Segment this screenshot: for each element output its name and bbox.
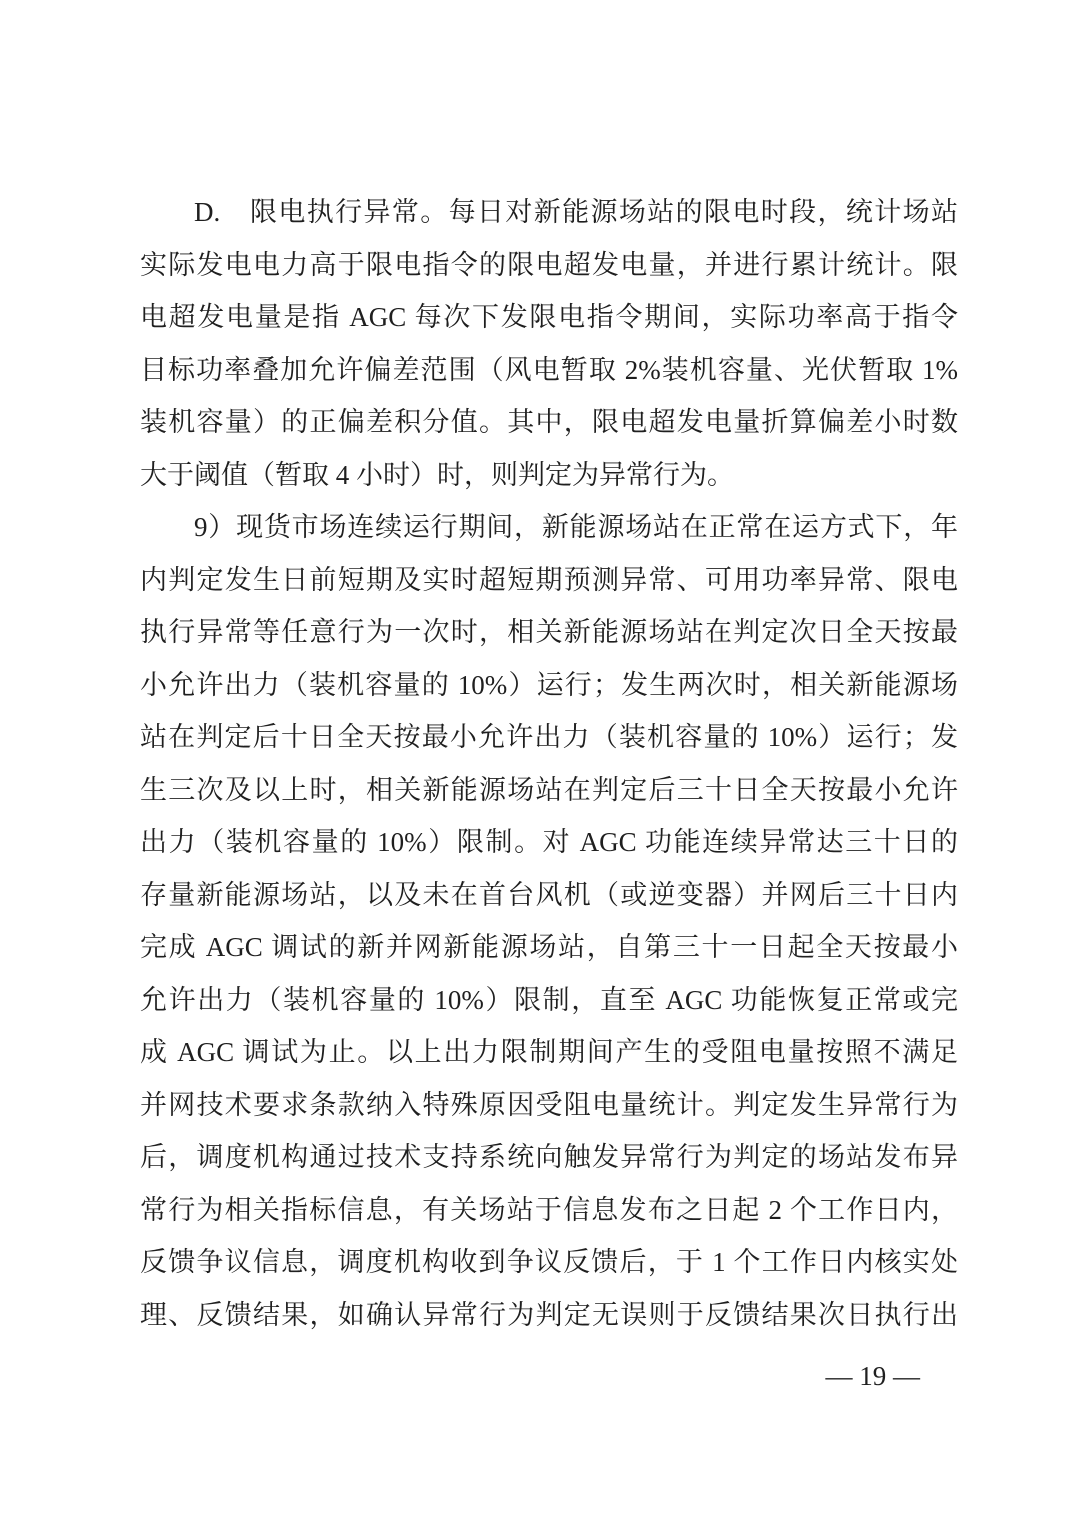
text-line: D. 限电执行异常。每日对新能源场站的限电时段，统计场站: [140, 186, 958, 239]
text-line: 反馈争议信息，调度机构收到争议反馈后，于 1 个工作日内核实处: [140, 1236, 958, 1289]
text-block: D. 限电执行异常。每日对新能源场站的限电时段，统计场站实际发电电力高于限电指令…: [140, 186, 958, 1341]
text-line: 理、反馈结果，如确认异常行为判定无误则于反馈结果次日执行出: [140, 1289, 958, 1342]
document-page: D. 限电执行异常。每日对新能源场站的限电时段，统计场站实际发电电力高于限电指令…: [0, 0, 1080, 1527]
text-line: 站在判定后十日全天按最小允许出力（装机容量的 10%）运行；发: [140, 711, 958, 764]
text-line: 执行异常等任意行为一次时，相关新能源场站在判定次日全天按最: [140, 606, 958, 659]
text-line: 装机容量）的正偏差积分值。其中，限电超发电量折算偏差小时数: [140, 396, 958, 449]
text-line: 大于阈值（暂取 4 小时）时，则判定为异常行为。: [140, 449, 958, 502]
text-line: 目标功率叠加允许偏差范围（风电暂取 2%装机容量、光伏暂取 1%: [140, 344, 958, 397]
text-line: 生三次及以上时，相关新能源场站在判定后三十日全天按最小允许: [140, 764, 958, 817]
text-line: 电超发电量是指 AGC 每次下发限电指令期间，实际功率高于指令: [140, 291, 958, 344]
text-line: 存量新能源场站，以及未在首台风机（或逆变器）并网后三十日内: [140, 869, 958, 922]
text-line: 出力（装机容量的 10%）限制。对 AGC 功能连续异常达三十日的: [140, 816, 958, 869]
text-line: 实际发电电力高于限电指令的限电超发电量，并进行累计统计。限: [140, 239, 958, 292]
page-number: — 19 —: [826, 1356, 921, 1396]
text-line: 并网技术要求条款纳入特殊原因受阻电量统计。判定发生异常行为: [140, 1079, 958, 1132]
text-line: 成 AGC 调试为止。以上出力限制期间产生的受阻电量按照不满足: [140, 1026, 958, 1079]
text-line: 完成 AGC 调试的新并网新能源场站，自第三十一日起全天按最小: [140, 921, 958, 974]
text-line: 9）现货市场连续运行期间，新能源场站在正常在运方式下，年: [140, 501, 958, 554]
text-line: 内判定发生日前短期及实时超短期预测异常、可用功率异常、限电: [140, 554, 958, 607]
text-line: 常行为相关指标信息，有关场站于信息发布之日起 2 个工作日内，: [140, 1184, 958, 1237]
text-line: 后，调度机构通过技术支持系统向触发异常行为判定的场站发布异: [140, 1131, 958, 1184]
text-line: 小允许出力（装机容量的 10%）运行；发生两次时，相关新能源场: [140, 659, 958, 712]
text-line: 允许出力（装机容量的 10%）限制，直至 AGC 功能恢复正常或完: [140, 974, 958, 1027]
